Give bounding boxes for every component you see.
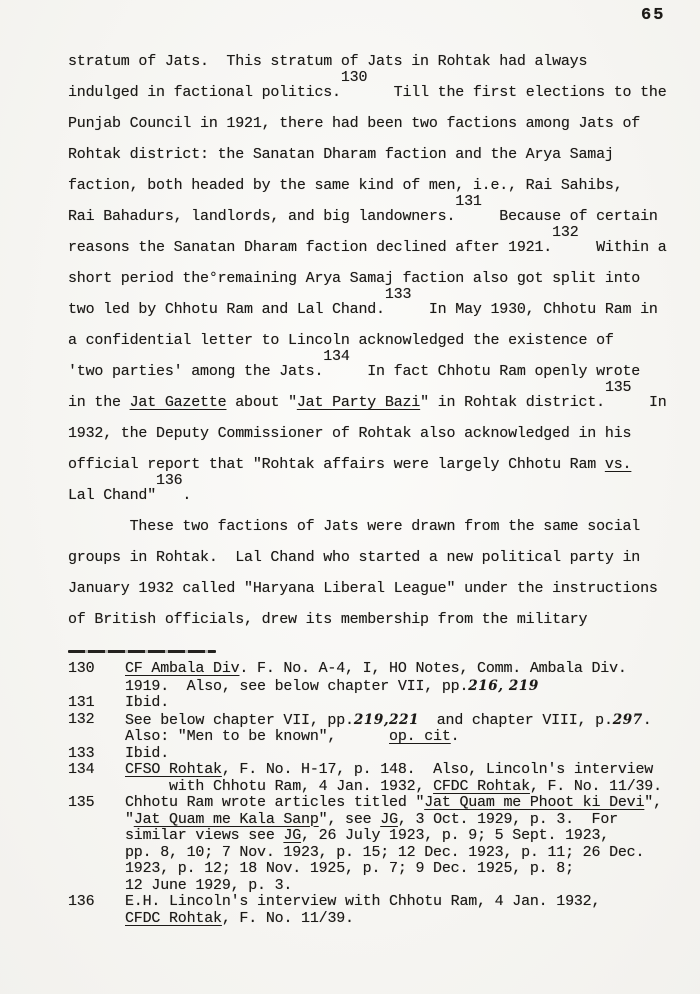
body-line: stratum of Jats. This stratum of Jats in…: [68, 46, 684, 77]
underlined-text: CFSO Rohtak: [125, 761, 222, 778]
footnote-line: 1919. Also, see below chapter VII, pp.21…: [125, 678, 627, 696]
footnote-separator: [68, 650, 216, 653]
footnote-item: 131Ibid.: [68, 695, 684, 712]
text-segment: Within a: [579, 239, 667, 256]
text-segment: 1932, the Deputy Commissioner of Rohtak …: [68, 425, 631, 442]
footnote-ref: 130: [341, 69, 367, 86]
footnote-ref: 131: [455, 193, 481, 210]
footnote-ref: 132: [552, 224, 578, 241]
underlined-text: JG: [380, 811, 398, 828]
footnote-item: 136E.H. Lincoln's interview with Chhotu …: [68, 894, 684, 927]
handwritten-text: 216, 219: [468, 678, 539, 694]
footnote-ref: 135: [605, 379, 631, 396]
body-line: January 1932 called "Haryana Liberal Lea…: [68, 573, 684, 604]
footnote-text: CFSO Rohtak, F. No. H-17, p. 148. Also, …: [125, 762, 662, 795]
handwritten-text: 297: [613, 712, 643, 728]
footnote-number: 130: [68, 661, 125, 678]
text-segment: January 1932 called "Haryana Liberal Lea…: [68, 580, 658, 597]
text-segment: ",: [644, 794, 662, 811]
footnote-number: 136: [68, 894, 125, 911]
text-segment: reasons the Sanatan Dharam faction decli…: [68, 239, 552, 256]
text-segment: Because of certain: [482, 208, 658, 225]
text-segment: a confidential letter to Lincoln acknowl…: [68, 332, 614, 349]
text-segment: , F. No. 11/39.: [530, 778, 662, 795]
footnote-line: Chhotu Ram wrote articles titled "Jat Qu…: [125, 795, 662, 812]
underlined-text: Jat Quam me Phoot ki Devi: [424, 794, 644, 811]
footnote-item: 135Chhotu Ram wrote articles titled "Jat…: [68, 795, 684, 894]
footnote-line: similar views see JG, 26 July 1923, p. 9…: [125, 828, 662, 845]
footnote-text: E.H. Lincoln's interview with Chhotu Ram…: [125, 894, 600, 927]
text-segment: .: [451, 728, 460, 745]
footnote-text: Ibid.: [125, 746, 169, 763]
text-segment: similar views see: [125, 827, 283, 844]
body-line: 1932, the Deputy Commissioner of Rohtak …: [68, 418, 684, 449]
underlined-text: Jat Party Bazi: [297, 394, 420, 411]
footnote-line: Ibid.: [125, 746, 169, 763]
text-segment: .: [182, 487, 191, 504]
text-segment: stratum of Jats. This stratum of Jats in…: [68, 53, 587, 70]
text-segment: and chapter VIII, p.: [419, 712, 613, 729]
underlined-text: CFDC Rohtak: [433, 778, 530, 795]
text-segment: Rohtak district: the Sanatan Dharam fact…: [68, 146, 614, 163]
text-segment: .: [643, 712, 652, 729]
footnote-line: E.H. Lincoln's interview with Chhotu Ram…: [125, 894, 600, 911]
text-segment: 1923, p. 12; 18 Nov. 1925, p. 7; 9 Dec. …: [125, 860, 574, 877]
footnote-number: 131: [68, 695, 125, 712]
page-number: 65: [641, 6, 665, 25]
footnote-item: 130CF Ambala Div. F. No. A-4, I, HO Note…: [68, 661, 684, 695]
underlined-text: CFDC Rohtak: [125, 910, 222, 927]
body-line: Punjab Council in 1921, there had been t…: [68, 108, 684, 139]
footnote-ref: 133: [385, 286, 411, 303]
footnote-line: See below chapter VII, pp.219,221 and ch…: [125, 712, 652, 730]
text-segment: 1919. Also, see below chapter VII, pp.: [125, 678, 468, 695]
underlined-text: CF Ambala Div: [125, 660, 239, 677]
handwritten-text: 219,221: [354, 712, 419, 728]
footnote-text: See below chapter VII, pp.219,221 and ch…: [125, 712, 652, 746]
underlined-text: Jat Quam me Kala Sanp: [134, 811, 319, 828]
body-line: of British officials, drew its membershi…: [68, 604, 684, 635]
footnote-number: 134: [68, 762, 125, 779]
body-text: stratum of Jats. This stratum of Jats in…: [68, 46, 684, 635]
body-line: indulged in factional politics.130 Till …: [68, 77, 684, 108]
text-segment: Also: "Men to be known",: [125, 728, 389, 745]
text-segment: See below chapter VII, pp.: [125, 712, 354, 729]
footnote-line: CFSO Rohtak, F. No. H-17, p. 148. Also, …: [125, 762, 662, 779]
underlined-text: JG: [283, 827, 301, 844]
footnote-ref: 134: [323, 348, 349, 365]
text-segment: 12 June 1929, p. 3.: [125, 877, 292, 894]
text-segment: about ": [226, 394, 296, 411]
footnote-text: CF Ambala Div. F. No. A-4, I, HO Notes, …: [125, 661, 627, 695]
footnote-number: 133: [68, 746, 125, 763]
body-line: groups in Rohtak. Lal Chand who started …: [68, 542, 684, 573]
text-segment: Chhotu Ram wrote articles titled ": [125, 794, 424, 811]
footnote-number: 132: [68, 712, 125, 729]
body-line: in the Jat Gazette about "Jat Party Bazi…: [68, 387, 684, 418]
text-segment: of British officials, drew its membershi…: [68, 611, 587, 628]
footnote-item: 132See below chapter VII, pp.219,221 and…: [68, 712, 684, 746]
text-segment: Ibid.: [125, 694, 169, 711]
body-line: short period the°remaining Arya Samaj fa…: [68, 263, 684, 294]
footnote-line: 12 June 1929, p. 3.: [125, 878, 662, 895]
text-segment: In May 1930, Chhotu Ram in: [411, 301, 657, 318]
underlined-text: op. cit: [389, 728, 451, 745]
footnote-line: pp. 8, 10; 7 Nov. 1923, p. 15; 12 Dec. 1…: [125, 845, 662, 862]
text-segment: , 3 Oct. 1929, p. 3. For: [398, 811, 618, 828]
body-line: reasons the Sanatan Dharam faction decli…: [68, 232, 684, 263]
text-segment: Lal Chand": [68, 487, 156, 504]
text-segment: pp. 8, 10; 7 Nov. 1923, p. 15; 12 Dec. 1…: [125, 844, 644, 861]
text-segment: groups in Rohtak. Lal Chand who started …: [68, 549, 640, 566]
footnote-line: Also: "Men to be known", op. cit.: [125, 729, 652, 746]
text-segment: Ibid.: [125, 745, 169, 762]
text-segment: faction, both headed by the same kind of…: [68, 177, 623, 194]
text-segment: . F. No. A-4, I, HO Notes, Comm. Ambala …: [239, 660, 626, 677]
body-line: Lal Chand"136.: [68, 480, 684, 511]
underlined-text: vs.: [605, 456, 631, 473]
footnote-line: "Jat Quam me Kala Sanp", see JG, 3 Oct. …: [125, 812, 662, 829]
footnote-ref: 136: [156, 472, 182, 489]
body-line: faction, both headed by the same kind of…: [68, 170, 684, 201]
text-segment: indulged in factional politics.: [68, 84, 341, 101]
body-line: Rai Bahadurs, landlords, and big landown…: [68, 201, 684, 232]
footnote-line: 1923, p. 12; 18 Nov. 1925, p. 7; 9 Dec. …: [125, 861, 662, 878]
footnote-line: CFDC Rohtak, F. No. 11/39.: [125, 911, 600, 928]
footnote-text: Chhotu Ram wrote articles titled "Jat Qu…: [125, 795, 662, 894]
footnote-line: CF Ambala Div. F. No. A-4, I, HO Notes, …: [125, 661, 627, 678]
text-segment: , F. No. H-17, p. 148. Also, Lincoln's i…: [222, 761, 653, 778]
text-segment: ": [125, 811, 134, 828]
text-segment: Rai Bahadurs, landlords, and big landown…: [68, 208, 455, 225]
text-segment: In fact Chhotu Ram openly wrote: [350, 363, 640, 380]
text-segment: short period the°remaining Arya Samaj fa…: [68, 270, 640, 287]
body-line: Rohtak district: the Sanatan Dharam fact…: [68, 139, 684, 170]
text-segment: " in Rohtak district.: [420, 394, 605, 411]
footnote-number: 135: [68, 795, 125, 812]
body-line: two led by Chhotu Ram and Lal Chand.133 …: [68, 294, 684, 325]
body-line: These two factions of Jats were drawn fr…: [68, 511, 684, 542]
text-segment: , 26 July 1923, p. 9; 5 Sept. 1923,: [301, 827, 609, 844]
underlined-text: Jat Gazette: [130, 394, 227, 411]
text-segment: Punjab Council in 1921, there had been t…: [68, 115, 640, 132]
text-segment: E.H. Lincoln's interview with Chhotu Ram…: [125, 893, 600, 910]
text-segment: 'two parties' among the Jats.: [68, 363, 323, 380]
text-segment: with Chhotu Ram, 4 Jan. 1932,: [125, 778, 433, 795]
body-line: a confidential letter to Lincoln acknowl…: [68, 325, 684, 356]
text-segment: official report that "Rohtak affairs wer…: [68, 456, 605, 473]
text-segment: ", see: [319, 811, 381, 828]
text-segment: These two factions of Jats were drawn fr…: [68, 518, 640, 535]
footnote-item: 134CFSO Rohtak, F. No. H-17, p. 148. Als…: [68, 762, 684, 795]
footnote-item: 133Ibid.: [68, 746, 684, 763]
document-page: 65 stratum of Jats. This stratum of Jats…: [0, 0, 700, 994]
text-segment: in the: [68, 394, 130, 411]
text-segment: two led by Chhotu Ram and Lal Chand.: [68, 301, 385, 318]
footnotes-section: 130CF Ambala Div. F. No. A-4, I, HO Note…: [68, 661, 684, 927]
text-segment: Till the first elections to the: [367, 84, 666, 101]
footnote-line: Ibid.: [125, 695, 169, 712]
footnote-text: Ibid.: [125, 695, 169, 712]
text-segment: In: [631, 394, 666, 411]
body-line: 'two parties' among the Jats.134 In fact…: [68, 356, 684, 387]
text-segment: , F. No. 11/39.: [222, 910, 354, 927]
footnote-line: with Chhotu Ram, 4 Jan. 1932, CFDC Rohta…: [125, 779, 662, 796]
